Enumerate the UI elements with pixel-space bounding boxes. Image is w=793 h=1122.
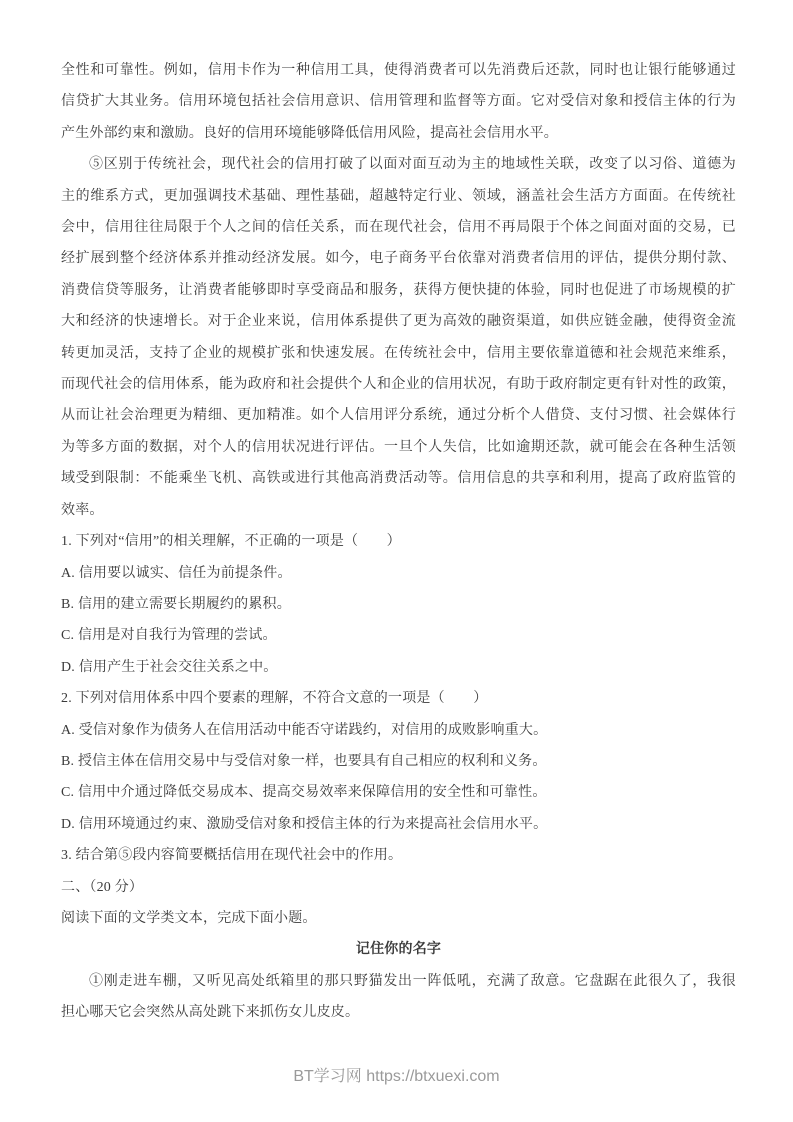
essay-paragraph-1: ①刚走进车棚，又听见高处纸箱里的那只野猫发出一阵低吼，充满了敌意。它盘踞在此很久… (61, 966, 736, 1029)
text-line: 大和经济的快速增长。对于企业来说，信用体系提供了更为高效的融资渠道，如供应链金融… (61, 306, 736, 337)
text-line: 而现代社会的信用体系，能为政府和社会提供个人和企业的信用状况，有助于政府制定更有… (61, 369, 736, 400)
text-column: 全性和可靠性。例如，信用卡作为一种信用工具，使得消费者可以先消费后还款，同时也让… (61, 55, 736, 1029)
text-line: 产生外部约束和激励。良好的信用环境能够降低信用风险，提高社会信用水平。 (61, 118, 736, 149)
question-2-option-d: D. 信用环境通过约束、激励受信对象和授信主体的行为来提高社会信用水平。 (61, 809, 736, 840)
question-1-option-a: A. 信用要以诚实、信任为前提条件。 (61, 558, 736, 589)
question-1-option-c: C. 信用是对自我行为管理的尝试。 (61, 620, 736, 651)
essay-title: 记住你的名字 (61, 934, 736, 965)
question-2-option-a: A. 受信对象作为债务人在信用活动中能否守诺践约，对信用的成败影响重大。 (61, 715, 736, 746)
watermark-site-link[interactable]: BT学习网 https://btxuexi.com (293, 1068, 499, 1085)
text-line: 从而让社会治理更为精细、更加精准。如个人信用评分系统，通过分析个人借贷、支付习惯… (61, 400, 736, 431)
section-2-heading: 二、（20 分） (61, 872, 736, 903)
text-line: 效率。 (61, 495, 736, 526)
question-2-option-b: B. 授信主体在信用交易中与受信对象一样，也要具有自己相应的权利和义务。 (61, 746, 736, 777)
text-line: 主的维系方式，更加强调技术基础、理性基础，超越特定行业、领域，涵盖社会生活方方面… (61, 181, 736, 212)
text-line: ⑤区别于传统社会，现代社会的信用打破了以面对面互动为主的地域性关联，改变了以习俗… (61, 149, 736, 180)
paragraph-5: ⑤区别于传统社会，现代社会的信用打破了以面对面互动为主的地域性关联，改变了以习俗… (61, 149, 736, 526)
question-1-stem: 1. 下列对“信用”的相关理解，不正确的一项是（ ） (61, 526, 736, 557)
text-line: 转更加灵活，支持了企业的规模扩张和快速发展。在传统社会中，信用主要依靠道德和社会… (61, 338, 736, 369)
text-line: 消费信贷等服务，让消费者能够即时享受商品和服务，获得方便快捷的体验，同时也促进了… (61, 275, 736, 306)
paragraph-continuation: 全性和可靠性。例如，信用卡作为一种信用工具，使得消费者可以先消费后还款，同时也让… (61, 55, 736, 149)
text-line: 域受到限制：不能乘坐飞机、高铁或进行其他高消费活动等。信用信息的共享和利用，提高… (61, 463, 736, 494)
text-line: 经扩展到整个经济体系并推动经济发展。如今，电子商务平台依靠对消费者信用的评估，提… (61, 243, 736, 274)
text-line: ①刚走进车棚，又听见高处纸箱里的那只野猫发出一阵低吼，充满了敌意。它盘踞在此很久… (61, 966, 736, 997)
text-line: 担心哪天它会突然从高处跳下来抓伤女儿皮皮。 (61, 997, 736, 1028)
exam-document-page: 全性和可靠性。例如，信用卡作为一种信用工具，使得消费者可以先消费后还款，同时也让… (0, 0, 793, 1122)
text-line: 为等多方面的数据，对个人的信用状况进行评估。一旦个人失信，比如逾期还款，就可能会… (61, 432, 736, 463)
question-1-option-b: B. 信用的建立需要长期履约的累积。 (61, 589, 736, 620)
text-line: 会中，信用往往局限于个人之间的信任关系，而在现代社会，信用不再局限于个体之间面对… (61, 212, 736, 243)
text-line: 全性和可靠性。例如，信用卡作为一种信用工具，使得消费者可以先消费后还款，同时也让… (61, 55, 736, 86)
text-line: 信贷扩大其业务。信用环境包括社会信用意识、信用管理和监督等方面。它对受信对象和授… (61, 86, 736, 117)
question-2-stem: 2. 下列对信用体系中四个要素的理解，不符合文意的一项是（ ） (61, 683, 736, 714)
section-2-instruction: 阅读下面的文学类文本，完成下面小题。 (61, 903, 736, 934)
question-3-stem: 3. 结合第⑤段内容简要概括信用在现代社会中的作用。 (61, 840, 736, 871)
question-2-option-c: C. 信用中介通过降低交易成本、提高交易效率来保障信用的安全性和可靠性。 (61, 777, 736, 808)
watermark-footer: BT学习网 https://btxuexi.com (0, 1066, 793, 1088)
question-1-option-d: D. 信用产生于社会交往关系之中。 (61, 652, 736, 683)
